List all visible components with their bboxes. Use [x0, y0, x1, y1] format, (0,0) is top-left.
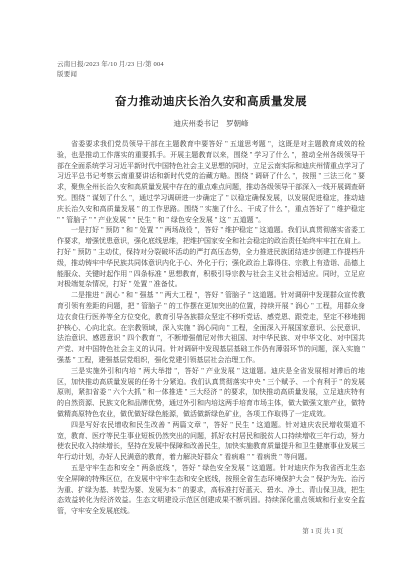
article-body: 省委要求我们党员领导干部在主题教育中要答好 " 五道思考题 "，这既是对主题教育… — [57, 139, 365, 517]
source-line-2: 版要闻 — [57, 70, 365, 80]
source-info: 云南日报/2023 年/10 月/23 日/第 004 版要闻 — [57, 60, 365, 80]
article-title: 奋力推动迪庆长治久安和高质量发展 — [57, 93, 365, 109]
paragraph-6: 五是守牢生态和安全 " 两条底线 "，答好 " 绿色安全发展 " 这道题。针对迪… — [57, 463, 365, 517]
page-number: 第 1 页 共 1 页 — [57, 526, 365, 535]
page-content: 云南日报/2023 年/10 月/23 日/第 004 版要闻 奋力推动迪庆长治… — [57, 60, 365, 535]
document-page: 云南日报/2023 年/10 月/23 日/第 004 版要闻 奋力推动迪庆长治… — [0, 0, 410, 580]
article-byline: 迪庆州委书记 罗朝峰 — [57, 118, 365, 129]
paragraph-5: 四是写好农民增收和民生改善 " 两篇文章 "，答好 " 民生 " 这道题。针对迪… — [57, 420, 365, 463]
source-line-1: 云南日报/2023 年/10 月/23 日/第 004 — [57, 60, 365, 70]
paragraph-3: 二是推进 " 润心 " 和 " 强基 " " 两大工程 "，答好 " 管脑子 "… — [57, 290, 365, 366]
paragraph-2: 一是打好 " 预防 " 和 " 处置 " " 两场战役 "，答好 " 维护稳定 … — [57, 225, 365, 290]
paragraph-4: 三是实施外引和内培 " 两大举措 "，答好 " 产业发展 " 这道题。迪庆是全省… — [57, 366, 365, 420]
paragraph-1: 省委要求我们党员领导干部在主题教育中要答好 " 五道思考题 "，这既是对主题教育… — [57, 139, 365, 225]
